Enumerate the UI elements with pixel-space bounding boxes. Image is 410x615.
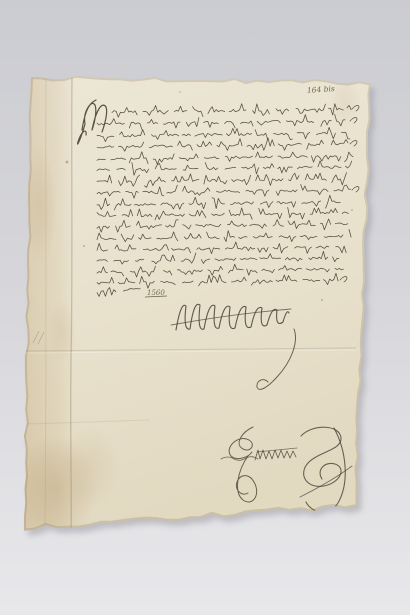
photo-stage: 164 bis 1560 bbox=[0, 0, 410, 615]
manuscript-photo: 164 bis 1560 bbox=[0, 0, 410, 615]
date-text: 1560 bbox=[147, 289, 165, 297]
